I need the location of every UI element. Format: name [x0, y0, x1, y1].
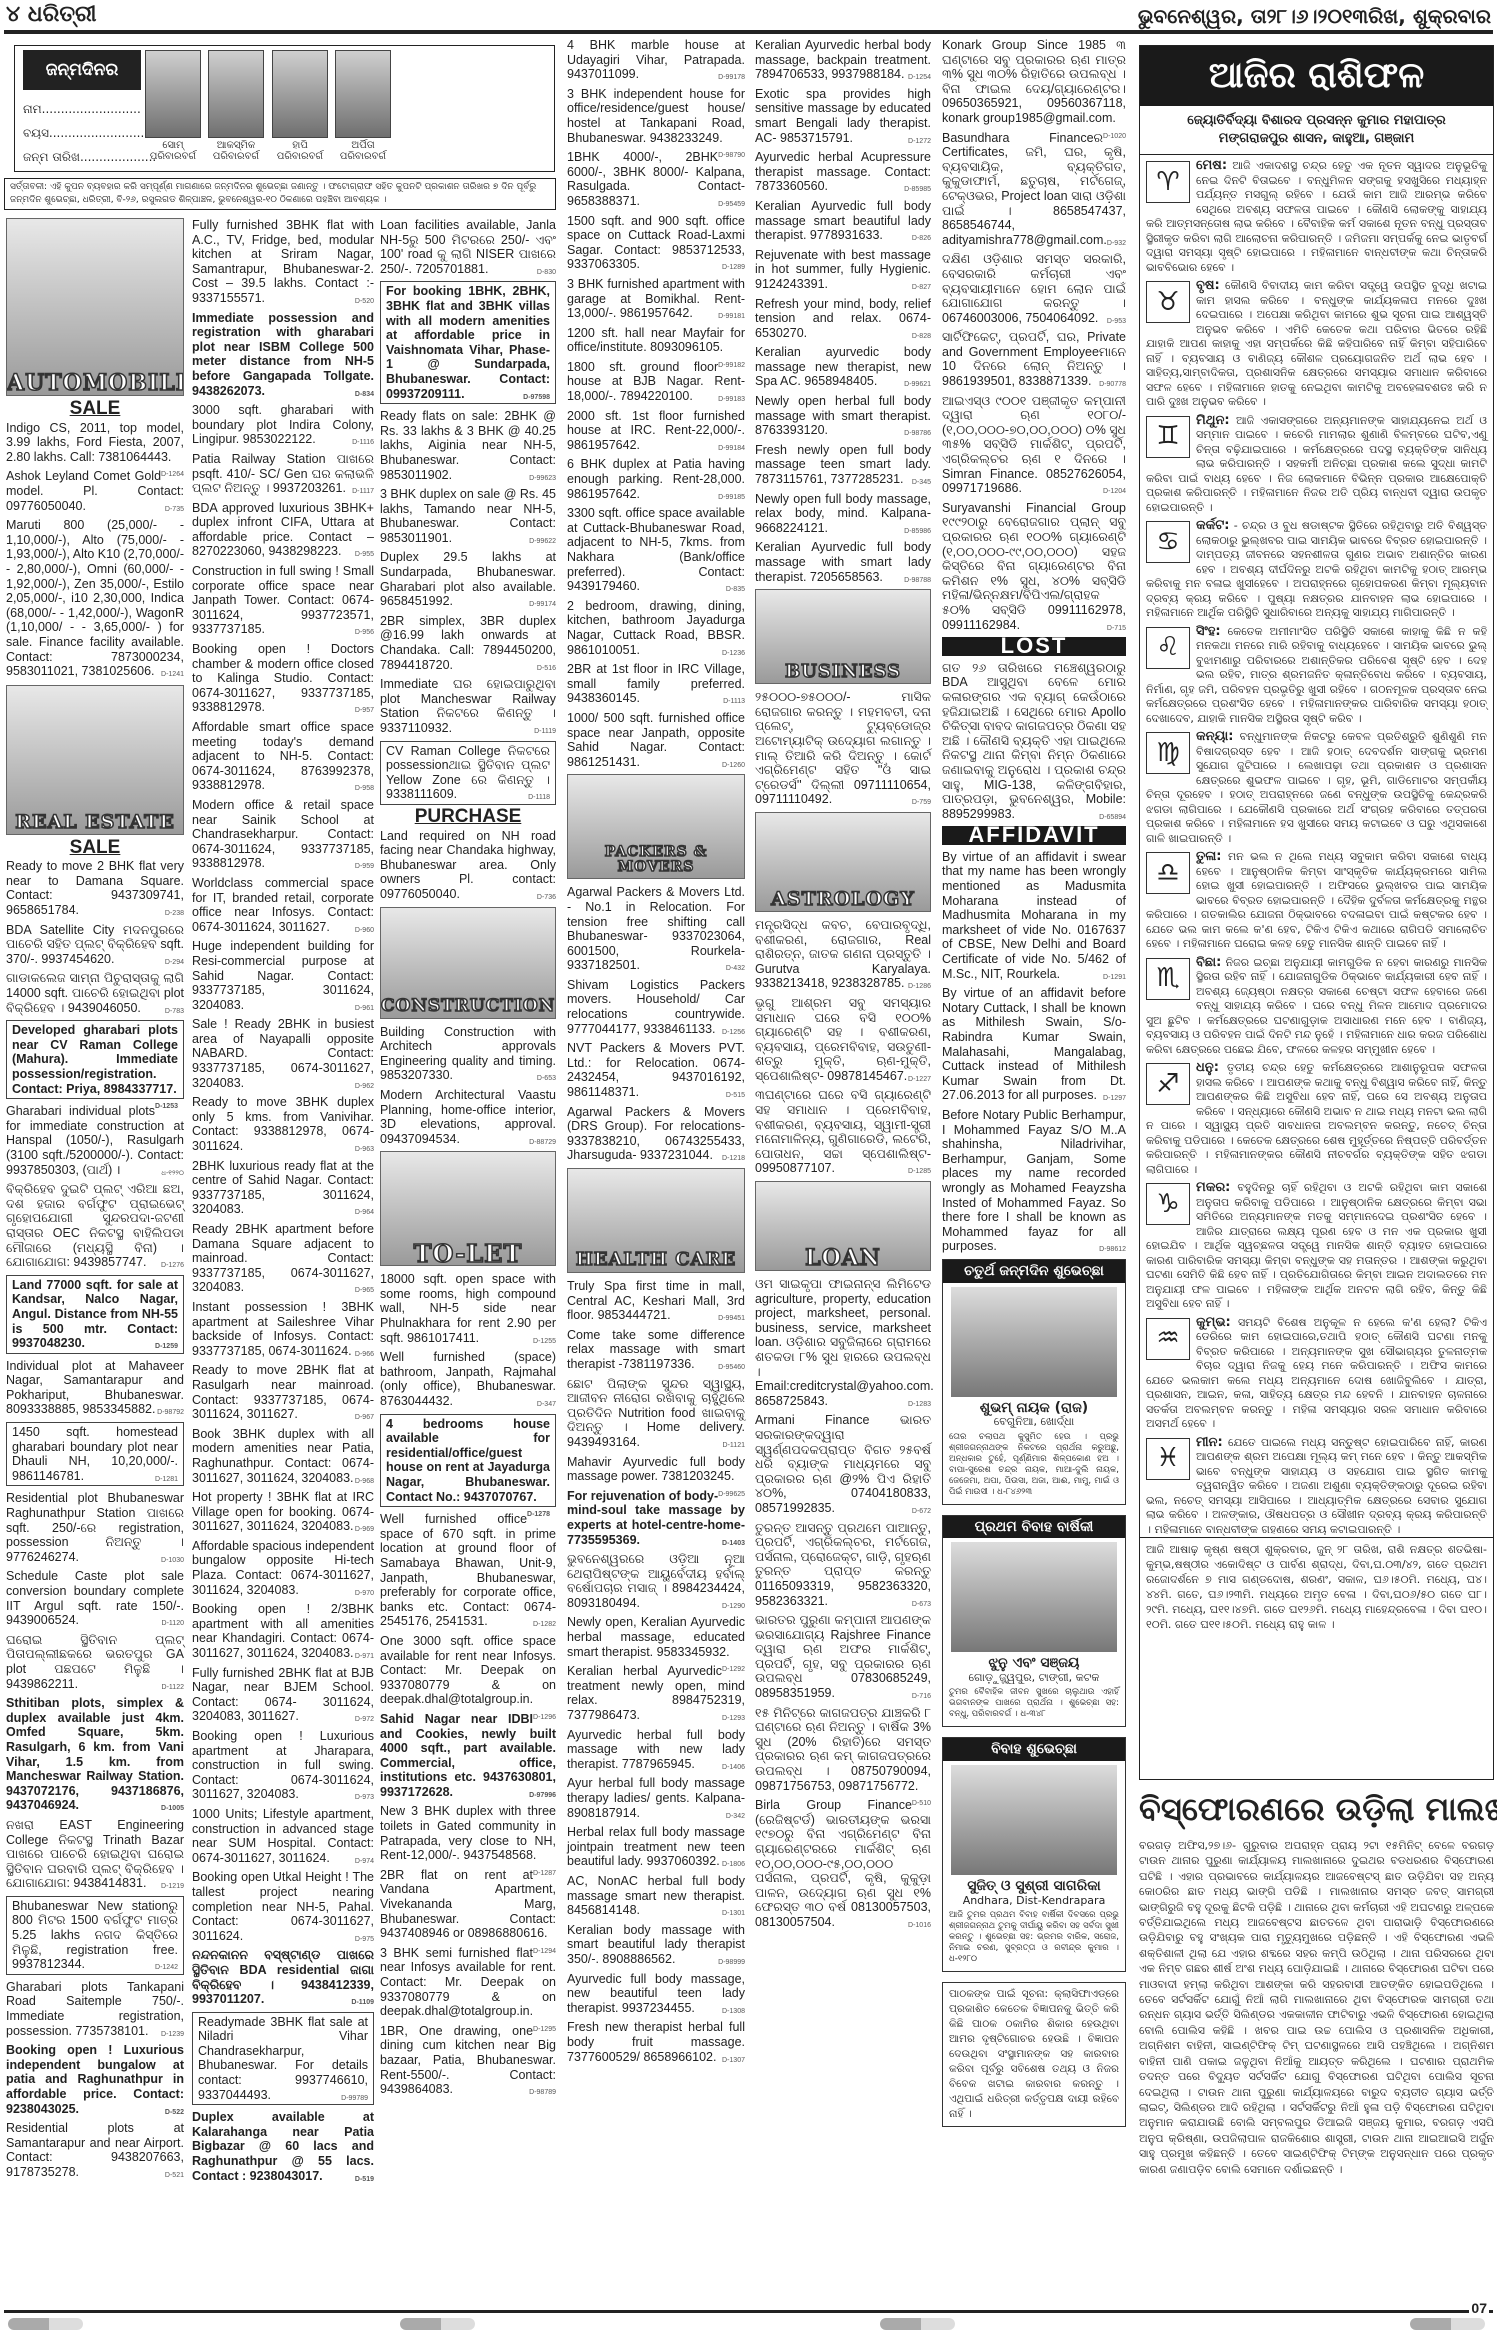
- classified-ad: Worldclass commercial space for IT, bran…: [192, 876, 374, 934]
- classified-ad: 2 bedroom, drawing, dining, kitchen, bat…: [567, 599, 745, 657]
- ad-text: ଗାଡାକଲେଜ ସାମ୍ନା ପିଚୁରାସ୍ତାକୁ ଲାଗି 14000 …: [6, 971, 184, 1014]
- ad-code: D-1109: [351, 1996, 374, 2011]
- ad-code: D-953: [1107, 315, 1126, 330]
- classifieds-column-4: 4 BHK marble house at Udayagiri Vihar, P…: [567, 38, 745, 2069]
- classified-ad: Schedule Caste plot sale conversion boun…: [6, 1569, 184, 1627]
- classified-ad: Indigo CS, 2011, top model, 3.99 lakhs, …: [6, 421, 184, 465]
- ad-text: Fresh newly open full body massage teen …: [755, 443, 931, 486]
- classified-ad: Sahid Nagar near IDBI and Cookies, newly…: [380, 1712, 556, 1800]
- ad-code: D-98999: [718, 1956, 745, 1971]
- ad-text: CV Raman College ନିକଟରେ possessionଥାଇ ସ୍…: [386, 744, 550, 802]
- classified-ad: ମନ୍ତ୍ରସିଦ୍ଧ କବଚ, ବେପାରବୃଦ୍ଧି, ବଶୀକରଣ, ରୋ…: [755, 918, 931, 991]
- ad-text: BDA approved luxurious 3BHK+ duplex infr…: [192, 501, 374, 559]
- ad-code: D-834: [355, 388, 374, 403]
- classified-ad: ଘରୋଇ ସ୍ଥିତିବାନ ପ୍ଲଟ୍ ପିତାପଲ୍ଲୀଛକରେ ଭରତପୁ…: [6, 1633, 184, 1691]
- loan-banner: LOAN: [755, 1181, 931, 1271]
- ad-text: Sahid Nagar near IDBI and Cookies, newly…: [380, 1712, 556, 1799]
- classified-ad: 1BR, One drawing, one dining cum kitchen…: [380, 2024, 556, 2097]
- ad-code: D-95460: [718, 1361, 745, 1376]
- sign-text: କୌଣସି ବିବାଦୀୟ କାମ କରିବା ସତ୍ତ୍ୱେ ଉପସ୍ଥିତ …: [1146, 279, 1487, 408]
- sign-name: ମିଥୁନ:: [1196, 413, 1230, 428]
- ad-text: 4 bedrooms house available for residenti…: [386, 1417, 550, 1504]
- classified-ad: ନନ୍ଦନକାନନ ବସ୍‌ଷ୍ଟାଣ୍ଡ ପାଖରେ ସ୍ଥିତିବାନ BD…: [192, 1948, 374, 2006]
- sign-name: କୁମ୍ଭ:: [1196, 1315, 1231, 1330]
- ad-text: Agarwal Packers & Movers Ltd. - No.1 in …: [567, 885, 745, 972]
- sign-text: ବହୁଦିନରୁ ଚାହିଁ ରହିଥିବା ଓ ଅଟକି ରହିଥିବା କା…: [1146, 1181, 1487, 1310]
- classified-ad: ଭୃଗୁ ଆଶ୍ରମ ସବୁ ସମସ୍ୟାର ସମାଧାନ ଘରେ ବସି ୧୦…: [755, 996, 931, 1084]
- ad-text: Indigo CS, 2011, top model, 3.99 lakhs, …: [6, 421, 184, 464]
- classified-ad: AC, NonAC herbal full body massage smart…: [567, 1874, 745, 1918]
- kid-photo: [208, 50, 264, 138]
- ad-code: D-964: [355, 1206, 374, 1221]
- classified-ad: Truly Spa first time in mall, Central AC…: [567, 1279, 745, 1323]
- ad-text: Keralian herbal Ayurvedic treatment newl…: [567, 1664, 745, 1722]
- classified-ad: ଗାଡାକଲେଜ ସାମ୍ନା ପିଚୁରାସ୍ତାକୁ ଲାଗି 14000 …: [6, 971, 184, 1015]
- greeting-card: ଚତୁର୍ଥ ଜନ୍ମଦିନ ଶୁଭେଚ୍ଛାଶୁଭମ୍ ନାୟକ (ରାଜ)ବ…: [942, 1259, 1126, 1505]
- ad-text: Rejuvenate with best massage in hot summ…: [755, 248, 931, 291]
- ad-text: ୩ଘଣ୍ଟାରେ ଘରେ ବସି ଗ୍ୟାରେଣ୍ଟି ସହ ସମାଧାନ । …: [755, 1088, 931, 1175]
- ad-text: Residential plot Bhubaneswar Raghunathpu…: [6, 1491, 184, 1563]
- ad-code: D-826: [912, 232, 931, 247]
- ad-text: Schedule Caste plot sale conversion boun…: [6, 1569, 184, 1627]
- ad-text: Affordable spacious independent bungalow…: [192, 1539, 374, 1597]
- ad-code: D-90778: [1099, 378, 1126, 393]
- packers-movers-banner: PACKERS & MOVERS: [567, 774, 745, 879]
- ad-code: D-432: [726, 962, 745, 977]
- classified-ad: Fresh newly open full body massage teen …: [755, 443, 931, 487]
- classified-ad: 3 BHK duplex on sale @ Rs. 45 lakhs, Tam…: [380, 487, 556, 545]
- classified-ad: 1450 sqft. homestead gharabari boundary …: [6, 1422, 184, 1486]
- ad-code: D-1292: [722, 1663, 745, 1678]
- ad-text: 3 BHK independent house for office/resid…: [567, 87, 745, 145]
- classified-ad: Booking open ! 2/3BHK apartment with all…: [192, 1602, 374, 1660]
- ad-code: D-522: [165, 2106, 184, 2121]
- ad-text: Herbal relax full body massage jointpain…: [567, 1825, 745, 1868]
- classified-ad: Newly open herbal full body massage with…: [755, 394, 931, 438]
- greeting-place: ଗୋଡ଼ୁଜ୍ଜ୍ୱପୁର, ଟାଙ୍ଗୀ, କଟକ: [943, 1671, 1125, 1686]
- ad-text: Building Construction with Architech app…: [380, 1025, 556, 1083]
- to-let-banner: TO-LET: [380, 1151, 556, 1266]
- ad-code: D-962: [355, 1080, 374, 1095]
- ad-text: 3 BHK semi furnished flat near Infosys a…: [380, 1946, 556, 2018]
- ad-code: D-1285: [908, 1165, 931, 1180]
- classified-ad: ବିକ୍ରିହେବ ଦୁଇଟି ପ୍ଲଟ୍ ଏରିଆ ଛଅ, ଦଶ ହଜାର ବ…: [6, 1182, 184, 1270]
- horoscope-sign: ♈ମେଷ: ଆଜି ଏକାଦଶସ୍ଥ ଚନ୍ଦ୍ର ହେତୁ ଏକ ନୂତନ ସ…: [1140, 159, 1493, 275]
- section-title-purchase: PURCHASE: [380, 810, 556, 825]
- classified-ad: 4 BHK marble house at Udayagiri Vihar, P…: [567, 38, 745, 82]
- ad-code: D-1218: [722, 1152, 745, 1167]
- ad-code: D-88729: [529, 1136, 556, 1151]
- classified-ad: Duplex available at Kalarahanga near Pat…: [192, 2110, 374, 2183]
- ad-text: Booking open ! Doctors chamber & modern …: [192, 642, 374, 714]
- ad-code: D-972: [355, 1713, 374, 1728]
- classified-ad: 2BR simplex, 3BR duplex @16.99 lakh onwa…: [380, 614, 556, 672]
- page-edge-tab: [400, 2318, 475, 2330]
- horoscope-sign: ♓ମୀନ: ଯେତେ ପାଇଲେ ମଧ୍ୟ ସନ୍ତୁଷ୍ଟ ହୋଇପାରିବେ…: [1140, 1436, 1493, 1538]
- classified-ad: Birla Group Finance (ରେଜିଷ୍ଟର୍ଡ) ଭାରତୀୟଙ…: [755, 1798, 931, 1929]
- classified-ad: 3 BHK semi furnished flat near Infosys a…: [380, 1946, 556, 2019]
- ad-code: D-1403: [722, 1537, 745, 1552]
- ad-code: D-716: [912, 1690, 931, 1705]
- ad-text: ତୁରନ୍ତ ଆସନ୍ତୁ ପ୍ରଥମେ ପାଆନ୍ତୁ, ପ୍ରପର୍ଟି, …: [755, 1521, 931, 1608]
- ad-text: ୨୫୦୦୦-୭୫୦୦୦/- ମାସିକ ରୋଜଗାର କରନ୍ତୁ । ମହମବ…: [755, 690, 931, 806]
- ad-text: ଘରୋଇ ସ୍ଥିତିବାନ ପ୍ଲଟ୍ ପିତାପଲ୍ଲୀଛକରେ ଭରତପୁ…: [6, 1633, 184, 1691]
- classified-ad: Instant possession ! 3BHK apartment at S…: [192, 1300, 374, 1358]
- ad-text: 1200 sft. hall near Mayfair for office/i…: [567, 326, 745, 355]
- sign-text: ତୃତୀୟ ଚନ୍ଦ୍ର ହେତୁ କର୍ମକ୍ଷେତ୍ରରେ ଆଶାନୁରୂପ…: [1146, 1061, 1487, 1176]
- ad-text: Sale ! Ready 2BHK in busiest area of Nay…: [192, 1017, 374, 1089]
- ad-text: Sthitiban plots, simplex & duplex availa…: [6, 1696, 184, 1812]
- ad-code: D-238: [165, 907, 184, 922]
- classifieds-column-2: Fully furnished 3BHK flat with A.C., TV,…: [192, 218, 374, 2188]
- archer-icon: ♐: [1146, 1063, 1190, 1105]
- ad-code: D-1120: [162, 1617, 184, 1632]
- ad-code: D-932: [1107, 237, 1126, 252]
- classified-ad: 6 BHK duplex at Patia having enough park…: [567, 457, 745, 501]
- classified-ad: Booking open ! Doctors chamber & modern …: [192, 642, 374, 715]
- ad-text: Keralian Ayurvedic full body massage sma…: [755, 199, 931, 242]
- classified-ad: CV Raman College ନିକଟରେ possessionଥାଇ ସ୍…: [380, 741, 556, 805]
- classified-ad: Refresh your mind, body, relief tension …: [755, 297, 931, 341]
- ad-code: D-653: [537, 1072, 556, 1087]
- ad-text: Huge independent building for Resi-comme…: [192, 939, 374, 1011]
- classified-ad: Booking open ! Luxurious independent bun…: [6, 2043, 184, 2116]
- classified-ad: New 3 BHK duplex with three toilets in G…: [380, 1804, 556, 1862]
- ad-code: D-1256: [722, 1026, 745, 1041]
- classified-ad: ନଖରା EAST Engineering College ନିକଟସ୍ଥ Tr…: [6, 1818, 184, 1891]
- classified-ad: Ayurvedic herbal Acupressure therapist m…: [755, 150, 931, 194]
- ad-text: Exotic spa provides high sensitive massa…: [755, 87, 931, 145]
- ad-code: D-98612: [1099, 1243, 1126, 1258]
- ad-code: D-1294: [533, 1945, 556, 1960]
- classified-ad: Fully furnished 3BHK flat with A.C., TV,…: [192, 218, 374, 306]
- classified-ad: 2BR at 1st floor in IRC Village, small f…: [567, 662, 745, 706]
- ad-text: Immediate ଘର ହୋଇପାରୁଥିବା plot Mancheswar…: [380, 677, 556, 735]
- ad-code: D-1295: [533, 2023, 556, 2038]
- ad-text: Land required on NH road facing near Cha…: [380, 829, 556, 901]
- ad-code: D-97598: [523, 391, 550, 406]
- greeting-photo: [951, 1765, 1117, 1875]
- ad-text: ଭାରତର ପୁରୁଣା କମ୍ପାନୀ ଆପଣଙ୍କ ଭରସାଯୋଗ୍ୟ Ra…: [755, 1613, 931, 1700]
- top-rule: [4, 30, 1493, 34]
- classified-ad: ଗତ ୨୬ ତାରିଖରେ ମଞ୍ଚେଶ୍ୱରଠାରୁ BDA ଆସୁଥିବା …: [942, 661, 1126, 822]
- ad-text: Instant possession ! 3BHK apartment at S…: [192, 1300, 374, 1358]
- classified-ad: 1000 Units; Lifestyle apartment, constru…: [192, 1807, 374, 1865]
- classified-ad: Land 77000 sqft. for sale at Kandsar, Na…: [6, 1275, 184, 1354]
- classified-ad: ଓମ ସାଇକୃପା ଫାଇନାନ୍ସ ଲିମିଟେଡ agriculture,…: [755, 1277, 931, 1408]
- horoscope-sign: ♎ତୁଳା: ମନ ଭଲ ନ ଥିଲେ ମଧ୍ୟ ସବୁକାମ କରିବା ସକ…: [1140, 850, 1493, 952]
- ad-text: Hot property ! 3BHK flat at IRC Village …: [192, 1490, 374, 1533]
- ad-code: D-510: [912, 1797, 931, 1812]
- ad-code: D-966: [355, 1348, 374, 1363]
- classified-ad: Modern Architectural Vaastu Planning, ho…: [380, 1088, 556, 1146]
- ad-text: 2BR flat on rent at Vandana Apartment, V…: [380, 1868, 556, 1940]
- classified-ad: Booking open Utkal Height ! The tallest …: [192, 1870, 374, 1943]
- ad-text: ଦକ୍ଷିଣ ଓଡ଼ିଶାର ସମସ୍ତ ସରକାରି, ବେସରକାରି କର…: [942, 252, 1126, 324]
- ad-text: Ready 2BHK apartment before Damana Squar…: [192, 1222, 374, 1294]
- horoscope-sign: ♑ମକର: ବହୁଦିନରୁ ଚାହିଁ ରହିଥିବା ଓ ଅଟକି ରହିଥ…: [1140, 1181, 1493, 1312]
- horoscope-panel: ଆଜିର ରାଶିଫଳ ଜ୍ୟୋତିର୍ବିଦ୍ୟା ବିଶାରଦ ପ୍ରସନ୍…: [1139, 45, 1494, 1780]
- classified-ad: Shivam Logistics Packers movers. Househo…: [567, 978, 745, 1036]
- classified-ad: Land required on NH road facing near Cha…: [380, 829, 556, 902]
- classified-ad: Building Construction with Architech app…: [380, 1025, 556, 1083]
- ad-code: D-1264: [161, 468, 184, 483]
- classified-ad: Affordable spacious independent bungalow…: [192, 1539, 374, 1597]
- ad-text: Ready to move 2BHK flat at Rasulgarh nea…: [192, 1363, 374, 1421]
- sign-text: ସମୟଟି ବିଶେଷ ଅନୁକୂଳ ନ ହେଲେ କ'ଣ ହେଲା? ଟିକି…: [1146, 1316, 1487, 1431]
- greeting-name: ଶୁଭମ୍ ନାୟକ (ରାଜ): [943, 1401, 1125, 1416]
- ad-code: D-963: [355, 1143, 374, 1158]
- classified-ad: BDA Satellite City ମଦନପୁରରେ ପାଚେରି ସହିତ …: [6, 923, 184, 967]
- ad-code: D-1119: [534, 725, 556, 740]
- page-edge-tab: [1410, 2318, 1485, 2330]
- ad-text: For booking 1BHK, 2BHK, 3BHK flat and 3B…: [386, 284, 550, 400]
- classified-ad: Book 3BHK duplex with all modern ameniti…: [192, 1427, 374, 1485]
- ad-code: D-830: [537, 266, 556, 281]
- classified-ad: Readymade 3BHK flat sale at Niladri Viha…: [192, 2012, 374, 2106]
- ad-text: Modern office & retail space near Sainik…: [192, 798, 374, 870]
- classified-ad: Well furnished (space) bathroom, Janpath…: [380, 1350, 556, 1408]
- classified-ad: Suryavanshi Financial Group ୧୯୯୨ଠାରୁ ବେର…: [942, 501, 1126, 632]
- ad-text: 2 bedroom, drawing, dining, kitchen, bat…: [567, 599, 745, 657]
- greeting-message: ଆଜି ତୁମର ପ୍ରଥମ ବିବାହ ବାର୍ଷିକୀ ଦିବସରେ ପ୍ର…: [943, 1908, 1125, 1967]
- ad-text: Ready to move 2 BHK flat very near to Da…: [6, 859, 184, 917]
- ad-text: By virtue of an affidavit i swear that m…: [942, 850, 1126, 981]
- ad-code: D-98789: [529, 2086, 556, 2101]
- ad-code: D-1239: [161, 2028, 184, 2043]
- ad-text: Konark Group Since 1985 ୩ ଘଣ୍ଟାରେ ସବୁ ପ୍…: [942, 38, 1126, 125]
- ad-code: D-956: [355, 626, 374, 641]
- classified-ad: ୧୫ ମିନିଟ୍‌ରେ କାଗଜପତ୍ର ଯାଞ୍ଚକରି ୮ ଘଣ୍ଟାରେ…: [755, 1706, 931, 1794]
- classified-ad: Well furnished office space of 670 sqft.…: [380, 1512, 556, 1629]
- ad-code: D-958: [355, 782, 374, 797]
- birthday-coupon-terms: ସର୍ତ୍ତାବଳୀ: ଏହି କୁପନ ବ୍ୟବହାର କରି ସମ୍ପୂର୍…: [4, 178, 556, 210]
- ad-code: D-1121: [723, 1439, 745, 1454]
- ad-text: Loan facilities available, Janla NH-5ରୁ …: [380, 218, 556, 276]
- ad-code: D-715: [1107, 622, 1126, 637]
- classifieds-column-6: Konark Group Since 1985 ୩ ଘଣ୍ଟାରେ ସବୁ ପ୍…: [942, 38, 1126, 2127]
- classified-ad: Fully furnished 2BHK flat at BJB Nagar, …: [192, 1666, 374, 1724]
- classified-ad: Keralian Ayurvedic full body massage sma…: [755, 199, 931, 243]
- ad-code: D-1281: [155, 1473, 178, 1488]
- classified-ad: Mahavir Ayurvedic full body massage powe…: [567, 1455, 745, 1484]
- ad-text: 1000/ 500 sqft. furnished office space n…: [567, 711, 745, 769]
- ad-text: AC, NonAC herbal full body massage smart…: [567, 1874, 745, 1917]
- ad-code: D-1278: [527, 1508, 550, 1523]
- classified-ad: Individual plot at Mahaveer Nagar, Saman…: [6, 1359, 184, 1417]
- ad-code: D-672: [912, 1505, 931, 1520]
- ad-code: D-1406: [722, 1761, 745, 1776]
- sign-text: - ଚନ୍ଦ୍ର ଓ ବୁଧ ଷଡାଷ୍ଟକ ସ୍ଥିତିରେ ରହିଥିବାର…: [1146, 519, 1487, 619]
- classified-ad: Keralian Ayurvedic herbal body massage, …: [755, 38, 931, 82]
- ad-code: D-975: [355, 1933, 374, 1948]
- ad-code: D-673: [912, 1598, 931, 1613]
- ad-text: Ayur herbal full body massage therapy la…: [567, 1776, 745, 1819]
- ad-text: Ayurvedic herbal full body massage with …: [567, 1728, 745, 1771]
- ad-text: 1500 sqft. and 900 sqft. office space on…: [567, 214, 745, 272]
- classified-ad: Ayur herbal full body massage therapy la…: [567, 1776, 745, 1820]
- ad-text: ନଖରା EAST Engineering College ନିକଟସ୍ଥ Tr…: [6, 1818, 184, 1890]
- classified-ad: Gharabari individual plots for immediate…: [6, 1104, 184, 1177]
- birthday-coupon-title: ଜନ୍ମଦିନର ଶୁଭେଚ୍ଛା: [23, 50, 141, 90]
- ad-code: D-973: [355, 1791, 374, 1806]
- sign-name: ସିଂହ:: [1196, 624, 1221, 639]
- ad-text: One 3000 sqft. office space available fo…: [380, 1634, 556, 1706]
- ad-text: Land 77000 sqft. for sale at Kandsar, Na…: [12, 1278, 178, 1350]
- classified-ad: For booking 1BHK, 2BHK, 3BHK flat and 3B…: [380, 281, 556, 404]
- classified-ad: 2BHK luxurious ready flat at the centre …: [192, 1159, 374, 1217]
- ad-code: D-519: [355, 2173, 374, 2188]
- classified-ad: Ready to move 2 BHK flat very near to Da…: [6, 859, 184, 917]
- greeting-name: ସୁଜିତ୍ ଓ ସୁଶ୍ରୀ ସାଗରିକା: [943, 1879, 1125, 1894]
- classified-ad: Hot property ! 3BHK flat at IRC Village …: [192, 1490, 374, 1534]
- ad-code: D-342: [726, 1810, 745, 1825]
- sign-name: ମୀନ:: [1196, 1435, 1223, 1450]
- page-edge-tab: [880, 2318, 955, 2330]
- ad-text: ଛୋଟ ପିଲାଙ୍କ ସୁନ୍ଦର ସ୍ୱାସ୍ଥ୍ୟ, ଆଜୀବନ ନୀରୋ…: [567, 1377, 745, 1449]
- ad-code: D-1806: [722, 1858, 745, 1873]
- ad-text: Booking open ! Luxurious independent bun…: [6, 2043, 184, 2115]
- ad-code: D-97996: [529, 1789, 556, 1804]
- ad-code: D-1227: [908, 1073, 931, 1088]
- kid-photo-card: ସୋମ୍ପରିବାରବର୍ଗ: [145, 50, 201, 162]
- ad-code: D-1307: [722, 2054, 745, 2069]
- ad-text: ବିକ୍ରିହେବ ଦୁଇଟି ପ୍ଲଟ୍ ଏରିଆ ଛଅ, ଦଶ ହଜାର ବ…: [6, 1182, 184, 1269]
- classified-ad: Basundhara Financeର Certificates, ଜମି, ଘ…: [942, 131, 1126, 248]
- greeting-message: ତୋର ଚଲାପଥ କୁସୁମିତ ହେଉ । ପ୍ରଭୁ ଶ୍ରୀଜଗନ୍ନା…: [943, 1430, 1125, 1500]
- ad-code: D-955: [355, 548, 374, 563]
- ad-text: Suryavanshi Financial Group ୧୯୯୨ଠାରୁ ବେର…: [942, 501, 1126, 632]
- ad-code: D-1236: [722, 647, 745, 662]
- ad-text: Ashok Leyland Comet Gold model. Pl. Cont…: [6, 469, 184, 512]
- ad-text: Armani Finance ଭାରତ ସରକାରଙ୍କଦ୍ୱାରା ସ୍ୱର୍…: [755, 1413, 931, 1515]
- classified-ad: Immediate possession and registration wi…: [192, 311, 374, 399]
- page-label: ୪ ଧରିତ୍ରୀ: [6, 2, 97, 27]
- ad-text: New 3 BHK duplex with three toilets in G…: [380, 1804, 556, 1862]
- ad-code: D-1116: [352, 436, 374, 451]
- ad-code: D-1242: [155, 1961, 178, 1976]
- ad-text: Agarwal Packers & Movers (DRS Group). Fo…: [567, 1105, 745, 1163]
- classified-ad: Modern office & retail space near Sainik…: [192, 798, 374, 871]
- classified-ad: Keralian ayurvedic body massage new ther…: [755, 345, 931, 389]
- kid-photo-card: ଅର୍ପିତାପରିବାରବର୍ଗ: [335, 50, 391, 162]
- ad-text: Bhubaneswar New stationରୁ 800 ମିଟର 1500 …: [12, 1899, 178, 1971]
- business-banner: BUSINESS: [755, 589, 931, 684]
- classified-ad: Bhubaneswar New stationରୁ 800 ମିଟର 1500 …: [6, 1896, 184, 1975]
- sign-name: ମେଷ:: [1196, 158, 1227, 173]
- ad-code: D-1289: [722, 261, 745, 276]
- ad-code: D-1293: [722, 1712, 745, 1727]
- ad-code: D-974: [355, 1855, 374, 1870]
- ad-text: ୧୫ ମିନିଟ୍‌ରେ କାଗଜପତ୍ର ଯାଞ୍ଚକରି ୮ ଘଣ୍ଟାରେ…: [755, 1706, 931, 1793]
- ad-code: D-1287: [533, 1867, 556, 1882]
- ad-code: D-345: [912, 476, 931, 491]
- sign-text: ଆଜି ଏକାଦଶସ୍ଥ ଚନ୍ଦ୍ର ହେତୁ ଏକ ନୂତନ ସ୍ୱାଦର …: [1146, 159, 1487, 274]
- ad-text: 1450 sqft. homestead gharabari boundary …: [12, 1425, 178, 1483]
- classified-ad: 1500 sqft. and 900 sqft. office space on…: [567, 214, 745, 272]
- ad-text: Ayurvedic full body massage, new beautif…: [567, 1972, 745, 2015]
- lion-icon: ♌: [1146, 627, 1190, 669]
- dob-field: ଜନ୍ମ ତାରିଖ....................: [23, 150, 156, 165]
- ad-code: D-828: [912, 330, 931, 345]
- classified-ad: 1200 sft. hall near Mayfair for office/i…: [567, 326, 745, 355]
- ad-code: D-961: [355, 1002, 374, 1017]
- ad-code: D-99185: [718, 491, 745, 506]
- kid-photo: [272, 50, 328, 138]
- ad-text: 1000 Units; Lifestyle apartment, constru…: [192, 1807, 374, 1865]
- horoscope-sign: ♌ସିଂହ: କେତେକ ଅମୀମାଂସିତ ପରିସ୍ଥିତି ସକାଶେ କ…: [1140, 625, 1493, 727]
- classified-ad: Loan facilities available, Janla NH-5ରୁ …: [380, 218, 556, 276]
- sign-text: ଆଜି ଏକାସଙ୍ଗରେ ଅନ୍ୟମାନଙ୍କ ସାହାଯ୍ୟନେଇ ଅର୍ଥ…: [1146, 414, 1487, 514]
- ad-code: D-99178: [718, 71, 745, 86]
- ad-code: D-735: [165, 503, 184, 518]
- ad-code: D-521: [165, 2169, 184, 2184]
- health-care-banner: HEALTH CARE: [567, 1168, 745, 1273]
- ad-code: D-1296: [533, 1711, 556, 1726]
- classified-ad: By virtue of an affidavit i swear that m…: [942, 850, 1126, 981]
- dateline: ଭୁବନେଶ୍ୱର, ତା୨୮।୬।୨୦୧୩ରିଖ, ଶୁକ୍ରବାର: [1138, 4, 1491, 28]
- greeting-photo: [951, 1287, 1117, 1397]
- age-field: ବୟସ.........................: [23, 126, 144, 141]
- ad-code: D-1283: [908, 1398, 931, 1413]
- ad-text: Gharabari plots Tankapani Road Saitemple…: [6, 1980, 184, 2038]
- ad-code: D-1241: [161, 668, 184, 683]
- ad-code: D-971: [355, 1650, 374, 1665]
- classified-ad: ଭାରତର ପୁରୁଣା କମ୍ପାନୀ ଆପଣଙ୍କ ଭରସାଯୋଗ୍ୟ Ra…: [755, 1613, 931, 1701]
- ad-code: D-99623: [529, 472, 556, 487]
- scorpion-icon: ♏: [1146, 958, 1190, 1000]
- classified-ad: Residential plot Bhubaneswar Raghunathpu…: [6, 1491, 184, 1564]
- construction-banner: CONSTRUCTION: [380, 907, 556, 1019]
- ad-code: D-1253: [155, 1100, 178, 1115]
- ad-code: ଧ-୧୨୨୦: [161, 1167, 184, 1182]
- ad-text: Before Notary Public Berhampur, I Mohamm…: [942, 1108, 1126, 1253]
- classified-ad: 4 bedrooms house available for residenti…: [380, 1414, 556, 1508]
- ad-text: Residential plots at Samantarapur and ne…: [6, 2121, 184, 2179]
- ad-text: Developed gharabari plots near CV Raman …: [12, 1023, 178, 1095]
- sign-name: ତୁଳା:: [1196, 849, 1222, 864]
- ad-code: D-520: [355, 295, 374, 310]
- classified-ad: Ashok Leyland Comet Gold model. Pl. Cont…: [6, 469, 184, 513]
- ad-text: Booking open Utkal Height ! The tallest …: [192, 1870, 374, 1942]
- ad-code: D-294: [165, 956, 184, 971]
- crab-icon: ♋: [1146, 521, 1190, 563]
- ad-code: D-1030: [161, 1554, 184, 1569]
- ad-text: ଭୁବନେଶ୍ୱରରେ ଓଡ଼ିଆ ନୂଆ ଥେରାପିଷ୍ଟଙ୍କ ଆୟୁର୍…: [567, 1552, 745, 1610]
- ad-text: Booking open ! 2/3BHK apartment with all…: [192, 1602, 374, 1660]
- ad-code: D-65894: [1099, 811, 1126, 826]
- classified-ad: One 3000 sqft. office space available fo…: [380, 1634, 556, 1707]
- classified-ad: Construction in full swing ! Small corpo…: [192, 564, 374, 637]
- ad-text: Birla Group Finance (ରେଜିଷ୍ଟର୍ଡ) ଭାରତୀୟଙ…: [755, 1798, 931, 1929]
- kid-photo: [335, 50, 391, 138]
- ad-text: Well furnished (space) bathroom, Janpath…: [380, 1350, 556, 1408]
- classified-ad: 3 BHK furnished apartment with garage at…: [567, 277, 745, 321]
- kid-photo-card: ଆକସ୍ମିକପରିବାରବର୍ଗ: [208, 50, 264, 162]
- horoscope-sign: ♉ବୃଷ: କୌଣସି ବିବାଦୀୟ କାମ କରିବା ସତ୍ତ୍ୱେ ଉପ…: [1140, 279, 1493, 410]
- classified-ad: 3000 sqft. gharabari with boundary plot …: [192, 403, 374, 447]
- ad-code: D-1204: [1103, 485, 1126, 500]
- ram-icon: ♈: [1146, 161, 1190, 203]
- real-estate-banner: REAL ESTATE: [6, 685, 184, 835]
- classified-ad: NVT Packers & Movers PVT. Ltd.: for Relo…: [567, 1041, 745, 1099]
- ad-text: 2BR at 1st floor in IRC Village, small f…: [567, 662, 745, 705]
- greeting-place: Andhara, Dist-Kendrapara: [943, 1894, 1125, 1909]
- ad-code: D-99625: [718, 1488, 745, 1503]
- panjika-box: ଆଜି ଆଷାଢ଼ କୃଷ୍ଣ ଷଷ୍ଠୀ ଶୁକ୍ରବାର, ଜୁନ୍ ୨୮ …: [1140, 1537, 1493, 1636]
- classified-ad: Patia Railway Station ପାଖରେ psqft. 410/-…: [192, 452, 374, 496]
- ad-code: D-99622: [529, 535, 556, 550]
